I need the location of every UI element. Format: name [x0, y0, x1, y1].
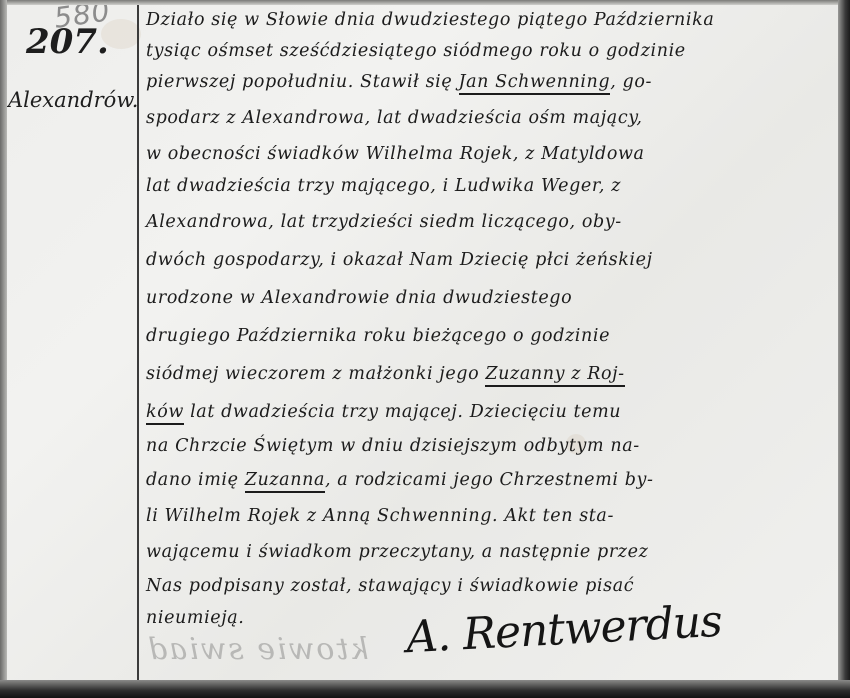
record-line: Alexandrowa, lat trzydzieści siedm liczą…	[146, 212, 622, 232]
frame-edge-bottom	[0, 680, 850, 698]
mother-name: Zuzanny z Roj-	[485, 364, 624, 387]
record-line-text: dano imię	[146, 470, 245, 490]
record-line: nieumieją.	[146, 608, 244, 628]
record-line: w obecności świadków Wilhelma Rojek, z M…	[146, 144, 645, 164]
record-line: drugiego Października roku bieżącego o g…	[146, 326, 610, 346]
child-name: Zuzanna	[245, 470, 325, 493]
record-line: Działo się w Słowie dnia dwudziestego pi…	[146, 10, 714, 30]
record-line: lat dwadzieścia trzy mającego, i Ludwika…	[146, 176, 621, 196]
record-line: dwóch gospodarzy, i okazał Nam Dziecię p…	[146, 250, 653, 270]
record-line-text: siódmej wieczorem z małżonki jego	[146, 364, 485, 384]
record-line-text: , go-	[610, 72, 652, 92]
father-name: Jan Schwenning	[459, 72, 611, 95]
mother-name-cont: ków	[146, 402, 184, 425]
frame-edge-top	[0, 0, 850, 5]
record-line: wającemu i świadkom przeczytany, a nastę…	[146, 542, 648, 562]
record-line: li Wilhelm Rojek z Anną Schwenning. Akt …	[146, 506, 614, 526]
margin-place-name: Alexandrów.	[8, 88, 138, 112]
act-number: 207.	[26, 22, 109, 62]
record-line: siódmej wieczorem z małżonki jego Zuzann…	[146, 364, 625, 384]
record-line: spodarz z Alexandrowa, lat dwadzieścia o…	[146, 108, 643, 128]
frame-edge-right	[838, 0, 850, 698]
record-line-text: lat dwadzieścia trzy mającej. Dziecięciu…	[184, 402, 621, 422]
record-line: na Chrzcie Świętym w dniu dzisiejszym od…	[146, 436, 640, 456]
official-signature: A. Rentwerdus	[405, 596, 723, 663]
record-line-text: pierwszej popołudniu. Stawił się	[146, 72, 459, 92]
record-line: tysiąc ośmset sześćdziesiątego siódmego …	[146, 41, 686, 61]
record-line: ków lat dwadzieścia trzy mającej. Dzieci…	[146, 402, 621, 422]
record-line: dano imię Zuzanna, a rodzicami jego Chrz…	[146, 470, 654, 490]
record-line: pierwszej popołudniu. Stawił się Jan Sch…	[146, 72, 652, 92]
document-page: 580 207. Alexandrów. Działo się w Słowie…	[6, 4, 838, 680]
ink-bleed-through: ktowie swiad	[146, 632, 369, 667]
record-line: urodzone w Alexandrowie dnia dwudziesteg…	[146, 288, 572, 308]
record-line-text: , a rodzicami jego Chrzestnemi by-	[325, 470, 654, 490]
record-line: Nas podpisany został, stawający i świadk…	[146, 576, 634, 596]
frame-edge-left	[0, 0, 7, 698]
